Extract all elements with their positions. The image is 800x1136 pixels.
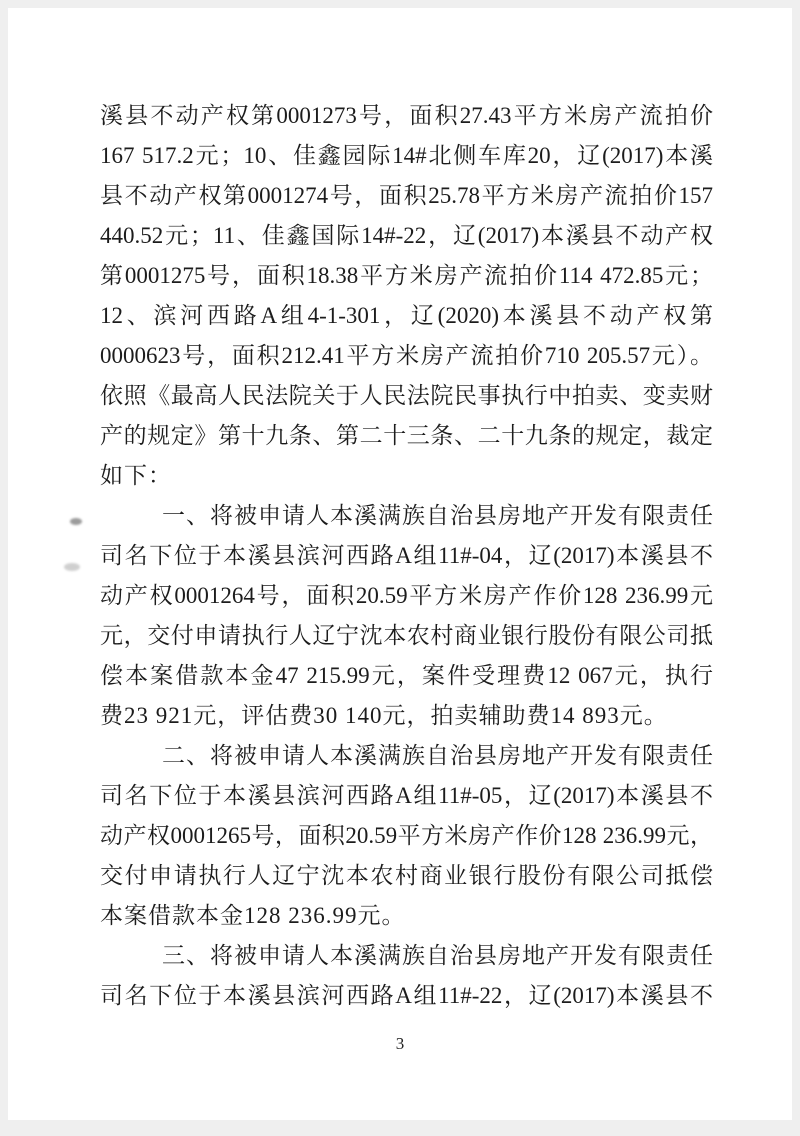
body-line: 元，交付申请执行人辽宁沈本农村商业银行股份有限公司抵 — [100, 616, 713, 656]
body-line: 依照《最高人民法院关于人民法院民事执行中拍卖、变卖财 — [100, 376, 713, 416]
body-line: 司名下位于本溪县滨河西路A组11#-05，辽(2017)本溪县不 — [100, 776, 713, 816]
body-line: 偿本案借款本金47 215.99元，案件受理费12 067元，执行 — [100, 656, 713, 696]
paper-sheet: 溪县不动产权第0001273号，面积27.43平方米房产流拍价 167 517.… — [8, 8, 792, 1120]
body-line: 动产权0001264号，面积20.59平方米房产作价128 236.99元 — [100, 576, 713, 616]
body-line: 县不动产权第0001274号，面积25.78平方米房产流拍价157 — [100, 176, 713, 216]
body-line: 动产权0001265号，面积20.59平方米房产作价128 236.99元， — [100, 816, 713, 856]
body-line: 产的规定》第十九条、第二十三条、二十九条的规定，裁定 — [100, 416, 713, 456]
body-line: 交付申请执行人辽宁沈本农村商业银行股份有限公司抵偿 — [100, 856, 713, 896]
body-line: 一、将被申请人本溪满族自治县房地产开发有限责任公 — [100, 496, 713, 536]
body-line: 0000623号，面积212.41平方米房产流拍价710 205.57元）。 — [100, 336, 713, 376]
body-line: 司名下位于本溪县滨河西路A组11#-22，辽(2017)本溪县不 — [100, 976, 713, 1016]
body-line: 167 517.2元；10、佳鑫园际14#北侧车库20，辽(2017)本溪 — [100, 136, 713, 176]
scan-speck — [70, 518, 82, 525]
body-line: 司名下位于本溪县滨河西路A组11#-04，辽(2017)本溪县不 — [100, 536, 713, 576]
scan-speck — [64, 563, 80, 571]
body-line: 二、将被申请人本溪满族自治县房地产开发有限责任公 — [100, 736, 713, 776]
body-line: 本案借款本金128 236.99元。 — [100, 896, 713, 936]
body-line: 溪县不动产权第0001273号，面积27.43平方米房产流拍价 — [100, 96, 713, 136]
page-number: 3 — [8, 1034, 792, 1054]
body-line: 440.52元；11、佳鑫国际14#-22，辽(2017)本溪县不动产权 — [100, 216, 713, 256]
body-line: 费23 921元，评估费30 140元，拍卖辅助费14 893元。 — [100, 696, 713, 736]
ruling-body: 溪县不动产权第0001273号，面积27.43平方米房产流拍价 167 517.… — [100, 96, 713, 1016]
body-line: 12、滨河西路A组4-1-301，辽(2020)本溪县不动产权第 — [100, 296, 713, 336]
body-line: 三、将被申请人本溪满族自治县房地产开发有限责任公 — [100, 936, 713, 976]
body-line: 如下： — [100, 456, 713, 496]
body-line: 第0001275号，面积18.38平方米房产流拍价114 472.85元； — [100, 256, 713, 296]
